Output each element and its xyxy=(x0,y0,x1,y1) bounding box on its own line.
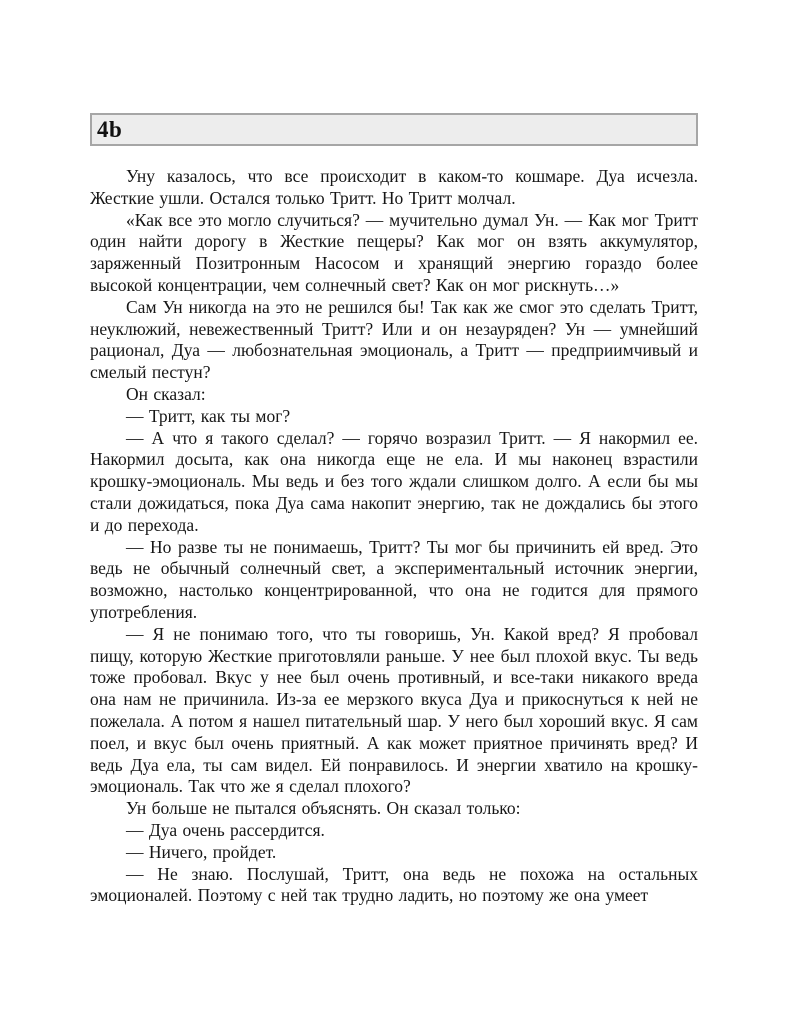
paragraph: — А что я такого сделал? — горячо возраз… xyxy=(90,428,698,537)
paragraph: Сам Ун никогда на это не решился бы! Так… xyxy=(90,297,698,384)
text-body: Уну казалось, что все происходит в каком… xyxy=(90,166,698,907)
paragraph: — Не знаю. Послушай, Тритт, она ведь не … xyxy=(90,864,698,908)
chapter-title: 4b xyxy=(97,118,122,141)
paragraph: — Дуа очень рассердится. xyxy=(90,820,698,842)
paragraph: «Как все это могло случиться? — мучитель… xyxy=(90,210,698,297)
paragraph: — Тритт, как ты мог? xyxy=(90,406,698,428)
paragraph: — Я не понимаю того, что ты говоришь, Ун… xyxy=(90,624,698,798)
book-page: 4b Уну казалось, что все происходит в ка… xyxy=(0,0,791,1024)
paragraph: Он сказал: xyxy=(90,384,698,406)
paragraph: — Но разве ты не понимаешь, Тритт? Ты мо… xyxy=(90,537,698,624)
paragraph: Уну казалось, что все происходит в каком… xyxy=(90,166,698,210)
chapter-header-box: 4b xyxy=(90,113,698,146)
paragraph: — Ничего, пройдет. xyxy=(90,842,698,864)
page-content: 4b Уну казалось, что все происходит в ка… xyxy=(90,113,698,907)
paragraph: Ун больше не пытался объяснять. Он сказа… xyxy=(90,798,698,820)
